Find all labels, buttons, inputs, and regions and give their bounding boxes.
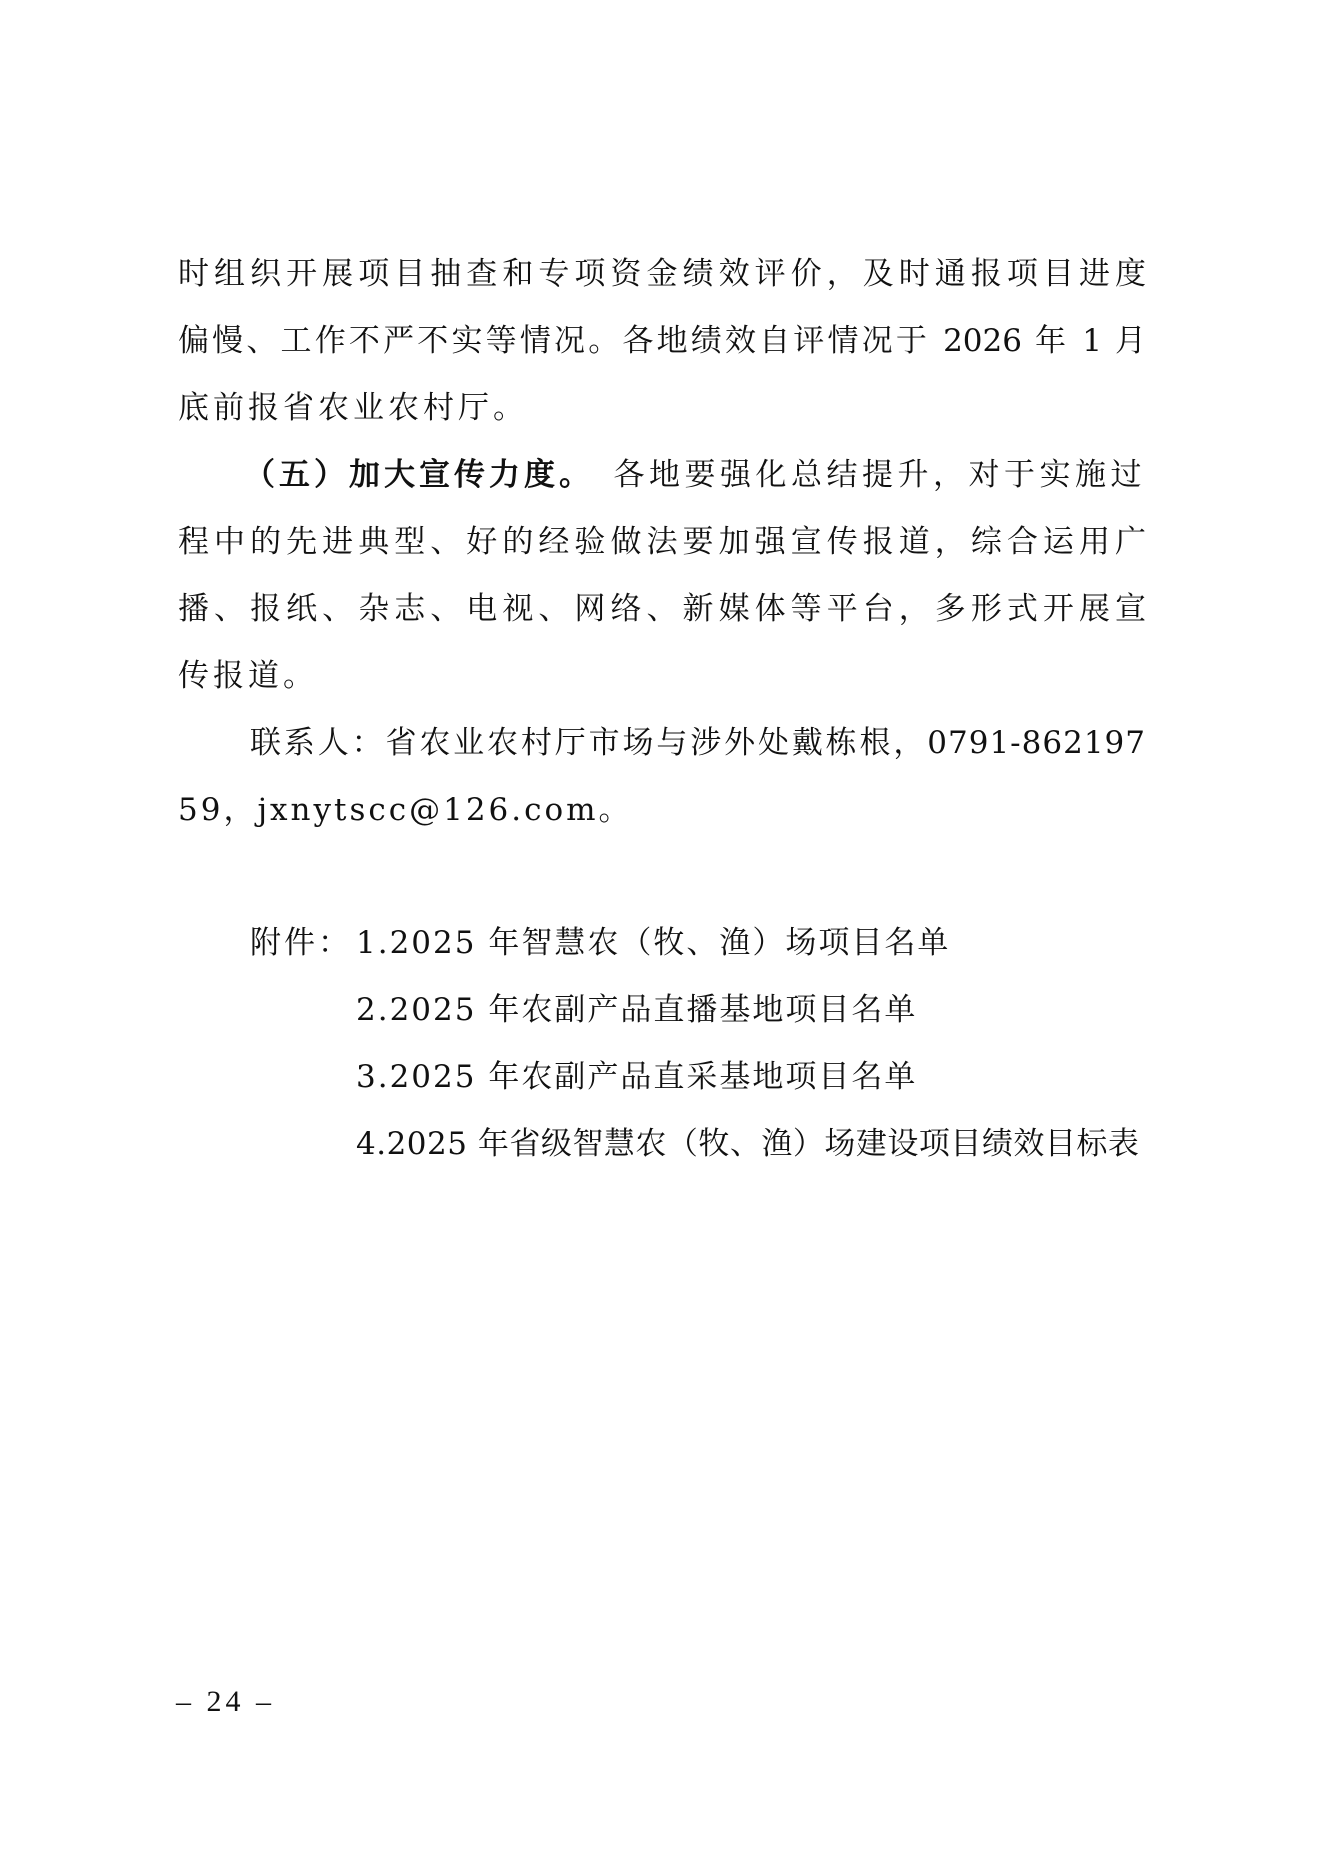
body-text-line: 时组织开展项目抽查和专项资金绩效评价，及时通报项目进度 bbox=[178, 256, 1146, 292]
section-heading: （五）加大宣传力度。 bbox=[244, 457, 594, 493]
body-text-line: 程中的先进典型、好的经验做法要加强宣传报道，综合运用广 bbox=[178, 524, 1146, 560]
body-text-line: 底前报省农业农村厅。 bbox=[178, 390, 528, 426]
section-five-first-line: （五）加大宣传力度。 各地要强化总结提升，对于实施过 bbox=[244, 457, 1146, 493]
attachment-item: 4.2025 年省级智慧农（牧、渔）场建设项目绩效目标表 bbox=[356, 1126, 1139, 1162]
contact-email-line: 59，jxnytscc@126.com。 bbox=[178, 792, 633, 828]
contact-line: 联系人：省农业农村厅市场与涉外处戴栋根，0791-862197 bbox=[250, 725, 1146, 761]
attachments-label: 附件： bbox=[250, 925, 352, 961]
attachment-item: 3.2025 年农副产品直采基地项目名单 bbox=[356, 1059, 917, 1095]
body-text-line: 传报道。 bbox=[178, 658, 318, 694]
attachment-item: 1.2025 年智慧农（牧、渔）场项目名单 bbox=[356, 925, 950, 961]
document-page: 时组织开展项目抽查和专项资金绩效评价，及时通报项目进度 偏慢、工作不严不实等情况… bbox=[0, 0, 1323, 1871]
page-number: – 24 – bbox=[176, 1684, 275, 1720]
attachment-item: 2.2025 年农副产品直播基地项目名单 bbox=[356, 992, 917, 1028]
body-text-line: 偏慢、工作不严不实等情况。各地绩效自评情况于 2026 年 1 月 bbox=[178, 323, 1146, 359]
body-text-run: 各地要强化总结提升，对于实施过 bbox=[614, 457, 1147, 493]
body-text-line: 播、报纸、杂志、电视、网络、新媒体等平台，多形式开展宣 bbox=[178, 591, 1146, 627]
